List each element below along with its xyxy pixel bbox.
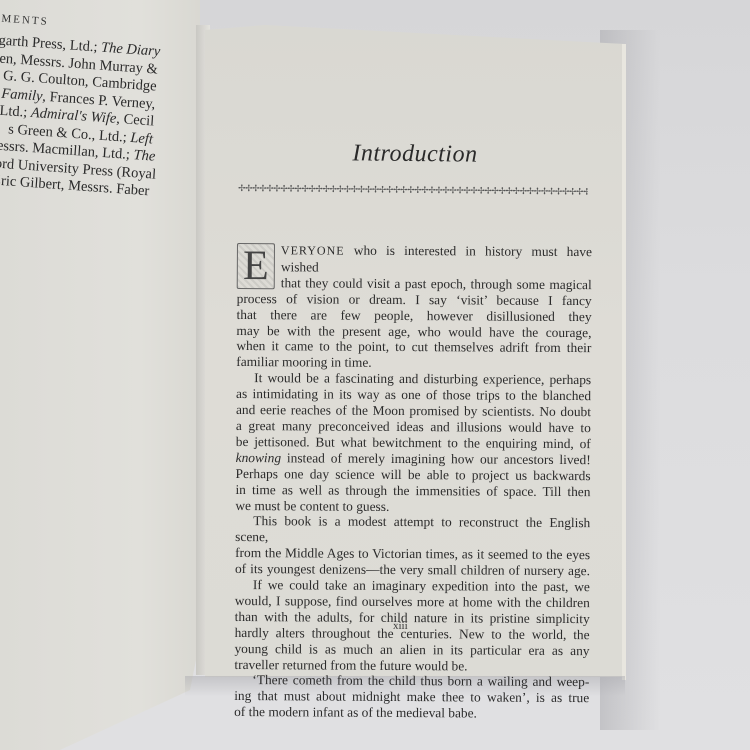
paragraph-2: It would be a fascinating and disturbing… (235, 370, 591, 515)
paragraph-1: E VERYONE who is interested in history m… (236, 242, 592, 372)
left-page: GMENTS ogarth Press, Ltd.; The Diary en,… (0, 0, 200, 750)
drop-cap-initial: E (237, 243, 275, 289)
page-edge (622, 44, 626, 680)
page-number: xiii (393, 620, 408, 632)
paragraph-4: If we could take an imaginary expedition… (234, 577, 590, 675)
chapter-title: Introduction (205, 139, 625, 170)
acknowledgments-text: ogarth Press, Ltd.; The Diary en, Messrs… (0, 32, 160, 201)
chapter-body: E VERYONE who is interested in history m… (234, 242, 592, 722)
paragraph-3: This book is a modest attempt to reconst… (235, 513, 590, 579)
italic-word: knowing (236, 450, 281, 465)
first-word-smallcaps: VERYONE (281, 243, 345, 257)
paragraph-5: ‘There cometh from the child thus born a… (234, 672, 589, 722)
acknowledgments-heading: GMENTS (0, 12, 49, 28)
